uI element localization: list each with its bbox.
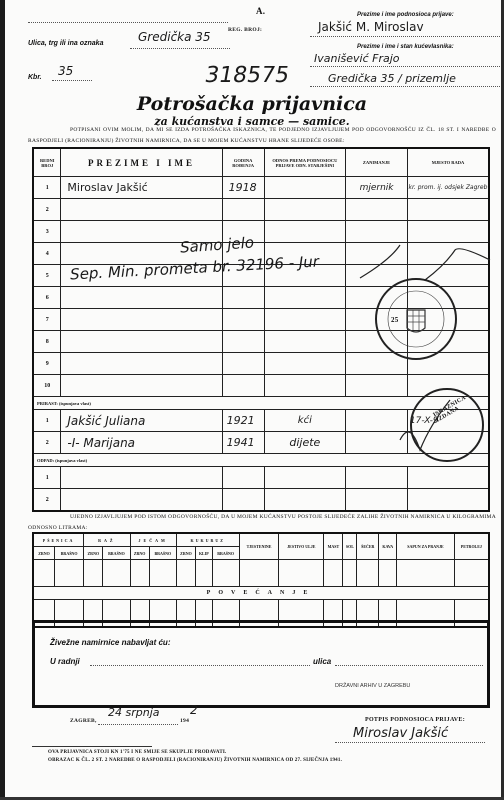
- header-relation: ODNOS PREMA PODNOSIOCU PRIJAVE ODN. STAR…: [264, 148, 346, 177]
- header-ordinal: REDNI BROJ: [33, 148, 61, 177]
- owner-label: Prezime i ime i stan kućevlasnika:: [357, 44, 454, 50]
- top-dotted-line: [28, 22, 228, 23]
- shop-field: [90, 665, 310, 666]
- street-field: Gredička 35: [130, 36, 230, 49]
- owner-address-field: Gredička 35 / prizemlje: [310, 72, 500, 87]
- group-psenica: PŠENICA: [33, 533, 84, 547]
- row-number: 8: [33, 331, 61, 353]
- row-name: -I- Marijana: [61, 432, 222, 454]
- row-year: 1918: [222, 177, 264, 199]
- owner-address-value: Gredička 35 / prizemlje: [328, 72, 456, 85]
- group-jecam: JEČAM: [130, 533, 176, 547]
- row-number: 4: [33, 243, 61, 265]
- form-title: Potrošačka prijavnica: [0, 93, 504, 115]
- row-number: 1: [33, 410, 61, 432]
- group-tjestenine: TJESTENINE: [239, 533, 279, 560]
- row-number: 1: [33, 467, 61, 489]
- row-relation: [264, 177, 346, 199]
- year-suffix: 2: [190, 703, 198, 717]
- reg-number-value: 318575: [203, 63, 291, 88]
- stock-statement-text: UJEDNO IZJAVLJUJEM POD ISTOM ODGOVORNOŠĆ…: [28, 512, 496, 534]
- household-table-header: REDNI BROJ PREZIME I IME GODINA ROĐENJA …: [33, 148, 489, 177]
- food-stock-row: [33, 560, 489, 587]
- owner-name-value: Ivanišević Frajo: [314, 52, 400, 65]
- row-number: 7: [33, 309, 61, 331]
- date-value: 24 srpnja: [108, 706, 160, 719]
- place-label: ZAGREB,: [70, 718, 97, 724]
- group-jestivo-ulje: JESTIVO ULJE: [279, 533, 324, 560]
- row-number: 9: [33, 353, 61, 375]
- table-row: 2: [33, 199, 489, 221]
- header-name: PREZIME I IME: [61, 148, 222, 177]
- sub-brasno: BRAŠNO: [212, 547, 239, 560]
- group-sapun: SAPUN ZA PRANJE: [397, 533, 454, 560]
- year-prefix: 194: [180, 718, 189, 724]
- row-occupation: mjernik: [346, 177, 408, 199]
- applicant-value: Jakšić M. Miroslav: [318, 20, 424, 34]
- row-year: 1921: [222, 410, 264, 432]
- row-name: Jakšić Juliana: [61, 410, 222, 432]
- reg-number-label: REG. BROJ:: [228, 27, 262, 33]
- footnote-rule: [32, 746, 152, 747]
- sub-zrno: ZRNO: [84, 547, 103, 560]
- house-number-value: 35: [58, 64, 73, 78]
- sub-brasno: BRAŠNO: [103, 547, 130, 560]
- group-raz: RAŽ: [84, 533, 130, 547]
- row-workplace: kr. prom. ij. odsjek Zagreb: [407, 177, 489, 199]
- row-name: Miroslav Jakšić: [61, 177, 222, 199]
- row-number: 2: [33, 199, 61, 221]
- sub-brasno: BRAŠNO: [55, 547, 84, 560]
- shop-label: U radnji: [50, 657, 80, 666]
- house-number-field: 35: [52, 68, 92, 81]
- header-birth-year: GODINA ROĐENJA: [222, 148, 264, 177]
- street-value: Gredička 35: [138, 30, 211, 44]
- sub-zrno: ZRNO: [130, 547, 149, 560]
- footnote-price: OVA PRIJAVNICA STOJI KN 1'75 I NE SMIJE …: [48, 750, 227, 755]
- supply-label: Živežne namirnice nabavljat ću:: [50, 638, 170, 647]
- row-number: 5: [33, 265, 61, 287]
- group-secer: ŠEĆER: [357, 533, 379, 560]
- date-field: 24 srpnja: [98, 712, 178, 725]
- intro-text: POTPISANI OVIM MOLIM, DA MI SE IZDA POTR…: [28, 125, 496, 147]
- street-field-label: ulica: [313, 657, 331, 666]
- supply-box: Živežne namirnice nabavljat ću: U radnji…: [32, 620, 490, 708]
- row-number: 10: [33, 375, 61, 397]
- header-workplace: MJESTO RADA: [407, 148, 489, 177]
- group-sol: SOL: [343, 533, 357, 560]
- row-number: 6: [33, 287, 61, 309]
- table-row: 1 Miroslav Jakšić 1918 mjernik kr. prom.…: [33, 177, 489, 199]
- street-label: Ulica, trg ili ina oznaka: [28, 40, 103, 47]
- house-number-label: Kbr.: [28, 74, 42, 81]
- group-kava: KAVA: [379, 533, 397, 560]
- row-number: 1: [33, 177, 61, 199]
- table-row: 2: [33, 489, 489, 512]
- handwritten-marks-icon: [330, 240, 500, 470]
- group-kukuruz: KUKURUZ: [176, 533, 239, 547]
- street-field: [335, 665, 483, 666]
- sub-zrno: ZRNO: [176, 547, 195, 560]
- increase-label: POVEĆANJE: [33, 587, 489, 600]
- row-year: 1941: [222, 432, 264, 454]
- footnote-form-ref: OBRAZAC K ČL. 2 ST. 2 NAREDBE O RASPODJE…: [48, 758, 342, 763]
- signature-label: POTPIS PODNOSIOCA PRIJAVE:: [365, 717, 465, 723]
- row-number: 3: [33, 221, 61, 243]
- group-mast: MAST: [324, 533, 343, 560]
- owner-name-field: Ivanišević Frajo: [310, 52, 500, 67]
- group-petrolej: PETROLEJ: [454, 533, 489, 560]
- archive-stamp-text: DRŽAVNI ARHIV U ZAGREBU: [335, 683, 410, 689]
- row-number: 2: [33, 489, 61, 512]
- food-group-header: PŠENICA RAŽ JEČAM KUKURUZ TJESTENINE JES…: [33, 533, 489, 547]
- food-increase-row: POVEĆANJE: [33, 587, 489, 600]
- applicant-field: Jakšić M. Miroslav: [310, 22, 500, 37]
- header-occupation: ZANIMANJE: [346, 148, 408, 177]
- signature-field: Miroslav Jakšić: [335, 728, 485, 743]
- row-number: 2: [33, 432, 61, 454]
- applicant-label: Prezime i ime podnosioca prijave:: [357, 12, 454, 18]
- sub-zrno: ZRNO: [33, 547, 55, 560]
- document-page: Ulica, trg ili ina oznaka Gredička 35 Kb…: [0, 0, 504, 800]
- signature-value: Miroslav Jakšić: [353, 726, 448, 741]
- food-stock-table: PŠENICA RAŽ JEČAM KUKURUZ TJESTENINE JES…: [32, 532, 490, 628]
- sub-klip: KLIP: [196, 547, 213, 560]
- form-letter: A.: [256, 6, 265, 16]
- sub-brasno: BRAŠNO: [149, 547, 176, 560]
